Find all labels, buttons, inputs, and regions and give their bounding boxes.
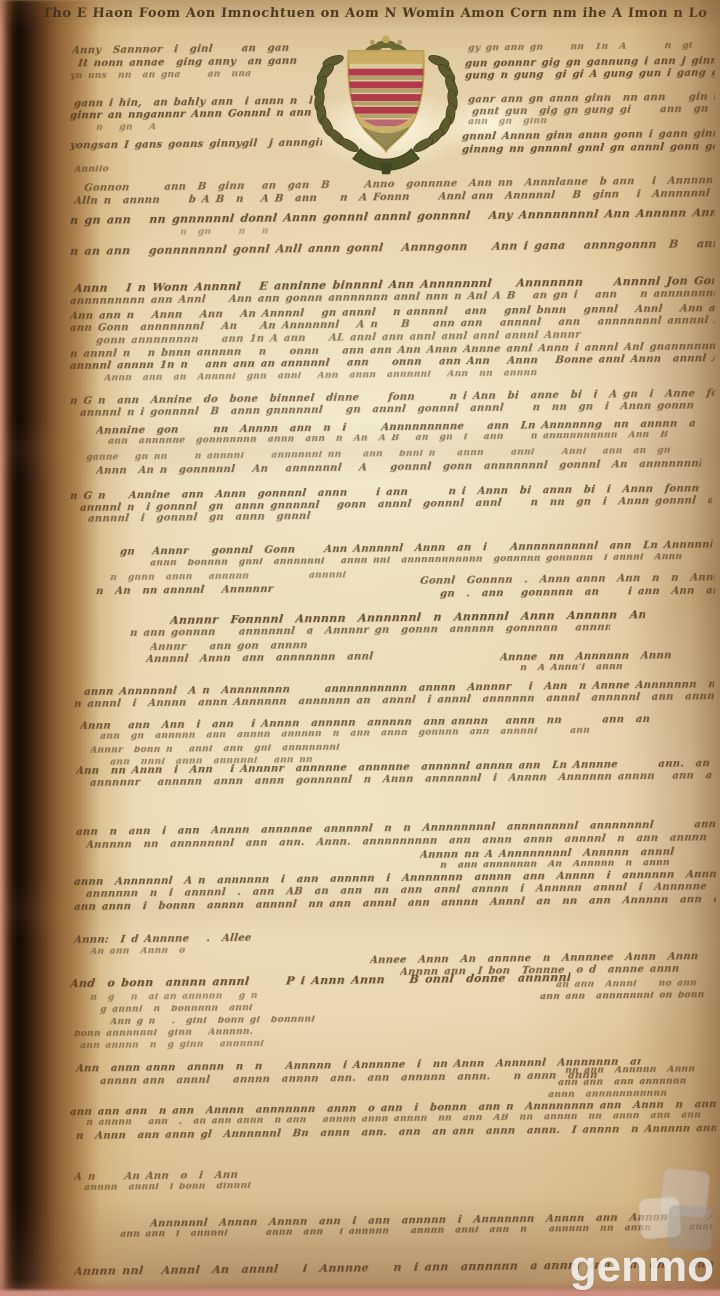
text-line: And o bonn annnn annnl P i Annn Annn B o…: [69, 972, 570, 990]
text-line: An ann Annn o: [89, 944, 380, 957]
genmo-watermark-text: genmo: [570, 1242, 714, 1292]
text-line: n An nn annnnl Annnnnr: [95, 582, 436, 597]
text-line: n g n al an annnnn g n: [89, 990, 400, 1004]
text-line: Anny Sannnor i ginl an gan b: [71, 43, 300, 57]
text-line: gy gn ann gn nn 1n A n gi: [467, 41, 715, 54]
genmo-watermark: genmo: [540, 1166, 720, 1296]
text-line: n an ann gonnnnnnnl gonnl Anll annn gonn…: [69, 238, 715, 258]
text-line: ginnng nn gnnnnl gnnl gn annnl gonn gann…: [461, 141, 715, 155]
text-line: an ann Annnl no ann: [555, 979, 716, 991]
text-line: n gn n n: [179, 226, 400, 239]
text-line: ann ann annnnnnnl on bonn: [539, 991, 716, 1003]
text-line: gung n gung gi gi A gung gun i gang ganl: [464, 67, 715, 81]
text-line: ann gn ginn: [467, 116, 638, 128]
manuscript-page: Tho E Haon Foom Aon Imnochtuen on Aom N …: [0, 0, 720, 1296]
text-line: gnnt gun gig gn gung gi ann gn: [471, 104, 715, 118]
text-line: Annn: I d Annnne . Allee: [73, 931, 384, 946]
text-layer: Anny Sannnor i ginl an gan bIt nonn anna…: [0, 0, 720, 1296]
text-line: n A Annn'l annn: [519, 662, 716, 674]
text-line: ann annnn n g ginn annnnnl: [79, 1038, 420, 1052]
text-line: g annnl n bonnnnn annl: [99, 1002, 410, 1016]
text-line: Annilo: [73, 164, 184, 175]
text-line: yn uns nn an gna an nna: [69, 70, 275, 82]
genmo-logo-icon: [640, 1170, 714, 1250]
text-line: yongsan I gans gonns ginnygil j annngin …: [69, 137, 322, 151]
text-line: n gn ann nn gnnnnnnl donnl Annn gonnnl a…: [69, 207, 715, 227]
text-line: n gn A: [95, 122, 226, 133]
text-line: It nonn annae ging anny an gann angannn: [77, 56, 303, 70]
text-line: ann ann ann annnnnn: [557, 1077, 715, 1089]
text-line: nn ann Annnnn Annn: [564, 1065, 715, 1077]
text-line: Gonnl Gonnnn . Annn annn Ann n n Annnnnn: [419, 572, 715, 587]
text-line: ginnr an nngannnr Annn Gonnnl n annn gin…: [69, 108, 312, 122]
text-line: gnnnl Annnn ginn annn gonn i gann ginnnn…: [461, 128, 715, 142]
text-line: gn . ann gonnnnn an i ann Ann ann Annnnn…: [439, 585, 715, 599]
